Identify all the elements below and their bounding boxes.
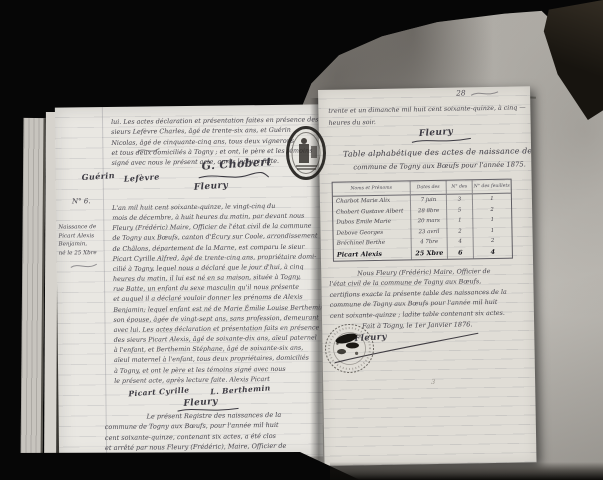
text-line: le présent acte, après lecture faite. Al… (114, 374, 322, 387)
certification-paragraph: Nous Fleury (Frédéric) Maire, Officier d… (329, 266, 532, 322)
margin-act-number: N° 6. (72, 197, 91, 205)
table-cell-acte: 4 (448, 237, 474, 248)
table-cell-feuillet: 1 (473, 215, 511, 226)
signature-flourish (411, 136, 473, 145)
table-cell-date: 28 8bre (411, 205, 447, 216)
opening-paragraph: trente et un dimanche mil huit cent soix… (328, 102, 524, 129)
table-cell-acte: 2 (447, 226, 473, 237)
margin-flourish (69, 261, 99, 271)
mairie-round-stamp (323, 322, 376, 375)
left-register-page: lui. Les actes déclaration et présentati… (55, 104, 323, 459)
table-cell-acte: 5 (447, 205, 473, 216)
table-cell-feuillet: 2 (473, 204, 511, 215)
col-header-feuillet: N° des feuillets (473, 180, 511, 195)
alphabetical-table-sheet: 28 trente et un dimanche mil huit cent s… (318, 86, 537, 466)
table-title-line2: commune de Togny aux Bœufs pour l'année … (353, 160, 526, 171)
signature-fleury-act5: Fleury (194, 181, 229, 193)
pencil-annotation: 3 (431, 378, 436, 386)
text-line: né le 25 Xbre (59, 249, 111, 258)
table-cell-acte: 3 (447, 194, 473, 205)
text-line: heures du soir. (328, 114, 524, 129)
folio-number: 28 (456, 88, 466, 97)
table-cell-feuillet: 1 (473, 225, 511, 236)
table-cell-date: 25 Xbre (412, 248, 448, 259)
table-cell-feuillet: 1 (473, 194, 511, 205)
scan-background (0, 452, 360, 480)
table-cell-name: Picart Alexis Benjamin (334, 248, 412, 260)
margin-note: Naissance de Picart Alexis Benjamin, né … (58, 223, 110, 258)
table-cell-feuillet: 4 (474, 247, 512, 258)
table-cell-date: 20 mars (411, 216, 447, 227)
certification-date: Fait à Togny, le 1er Janvier 1876. (362, 320, 473, 330)
births-alphabetical-table: Noms et Prénoms Dates des actes N° des a… (332, 179, 513, 262)
signature-lefevre: Lefèvre (123, 171, 160, 183)
archive-stamp (286, 126, 326, 180)
signature-picart-cyrille: Picart Cyrille (128, 385, 190, 398)
table-cell-feuillet: 2 (474, 236, 512, 247)
table-title-line1: Table alphabétique des actes de naissanc… (343, 146, 536, 158)
act6-paragraph: L'an mil huit cent soixante-quinze, le v… (112, 201, 322, 386)
page-edge-stack (20, 118, 45, 466)
col-header-acte-no: N° des actes (447, 180, 473, 194)
table-cell-acte: 1 (447, 215, 473, 226)
signature-guerin: Guérin (81, 170, 115, 182)
register-scan: lui. Les actes déclaration et présentati… (0, 0, 603, 480)
signature-flourish (198, 171, 270, 181)
table-cell-date: 7 juin (411, 195, 447, 206)
table-cell-date: 4 7bre (412, 237, 448, 248)
margin-flourish (135, 144, 161, 156)
folio-flourish (470, 89, 500, 99)
table-cell-acte: 6 (448, 247, 474, 258)
col-header-dates: Dates des actes (411, 181, 447, 196)
scan-edge-shadow (330, 462, 603, 480)
margin-rule (102, 107, 107, 459)
col-header-names: Noms et Prénoms (333, 181, 411, 196)
table-cell-date: 23 avril (411, 227, 447, 238)
